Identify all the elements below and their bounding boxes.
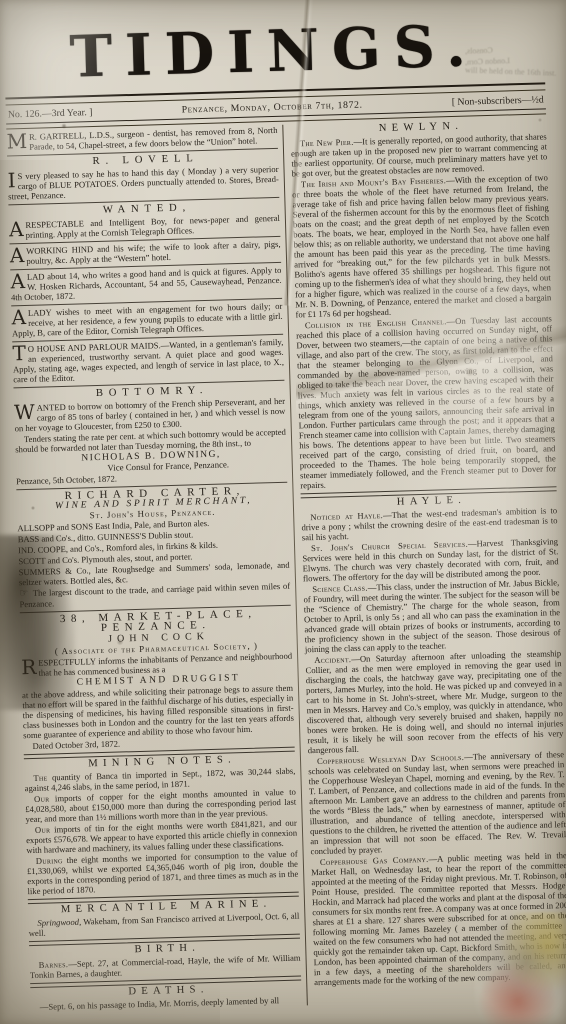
place-date: Penzance, Monday, October 7th, 1872.	[181, 99, 362, 115]
drop-cap: M	[6, 132, 29, 151]
columns: MR. GARTRELL, L.D.S., surgeon - dentist,…	[6, 117, 566, 1013]
masthead-title: TIDINGS.	[3, 0, 545, 93]
pointing-hand-icon: ☞	[19, 588, 30, 599]
news-paragraph: During the eight months we imported for …	[27, 849, 299, 897]
news-paragraph: Collision in the English Channel.—On Tue…	[296, 313, 557, 490]
drop-cap: A	[10, 246, 27, 264]
news-paragraph: Copperhouse Gas Company.—A public meetin…	[311, 850, 566, 987]
newspaper-sheet: TIDINGS. No. 126.—3rd Year. ] Penzance, …	[0, 0, 566, 1014]
ad-paragraph: TO HOUSE AND PARLOUR MAIDS.—Wanted, in a…	[12, 337, 284, 385]
news-paragraph: St. John's Church Special Services.—Harv…	[302, 536, 559, 583]
ad-paragraph: A LAD about 14, who writes a good hand a…	[10, 265, 282, 303]
drop-cap: A	[9, 220, 26, 238]
issue-number: No. 126.—3rd Year. ]	[8, 107, 93, 120]
newspaper-page: TIDINGS. No. 126.—3rd Year. ] Penzance, …	[0, 0, 566, 1024]
ad-paragraph: A LADY wishes to meet with an engagement…	[11, 301, 283, 339]
price-note: [ Non-subscribers—½d	[452, 94, 544, 108]
drop-cap: W	[14, 403, 37, 422]
news-paragraph: The Irish and Mount's Bay Fisheries.—Wit…	[292, 172, 552, 319]
mining-notes-body: The quantity of Banca tin imported in Se…	[24, 766, 298, 897]
drop-cap: R	[21, 658, 39, 676]
news-paragraph: Copperhouse Wesleyan Day Schools.—The an…	[308, 749, 566, 856]
drop-cap: A	[10, 272, 27, 290]
ad-paragraph: at the above address, and while soliciti…	[22, 683, 294, 741]
news-paragraph: The New Pier.—It is generally reported, …	[291, 131, 548, 178]
news-paragraph: Accident.—On Saturday afternoon after un…	[305, 648, 564, 755]
left-column: MR. GARTRELL, L.D.S., surgeon - dentist,…	[6, 125, 306, 1013]
ad-paragraph: IS very pleased to say he has to hand th…	[7, 164, 279, 202]
drop-cap: T	[12, 344, 28, 362]
drop-cap: I	[7, 171, 17, 189]
news-paragraph: Science Class.—This class, under the ins…	[303, 577, 561, 654]
drop-cap: A	[11, 308, 28, 326]
right-column: NEWLYN. The New Pier.—It is generally re…	[283, 117, 566, 1005]
